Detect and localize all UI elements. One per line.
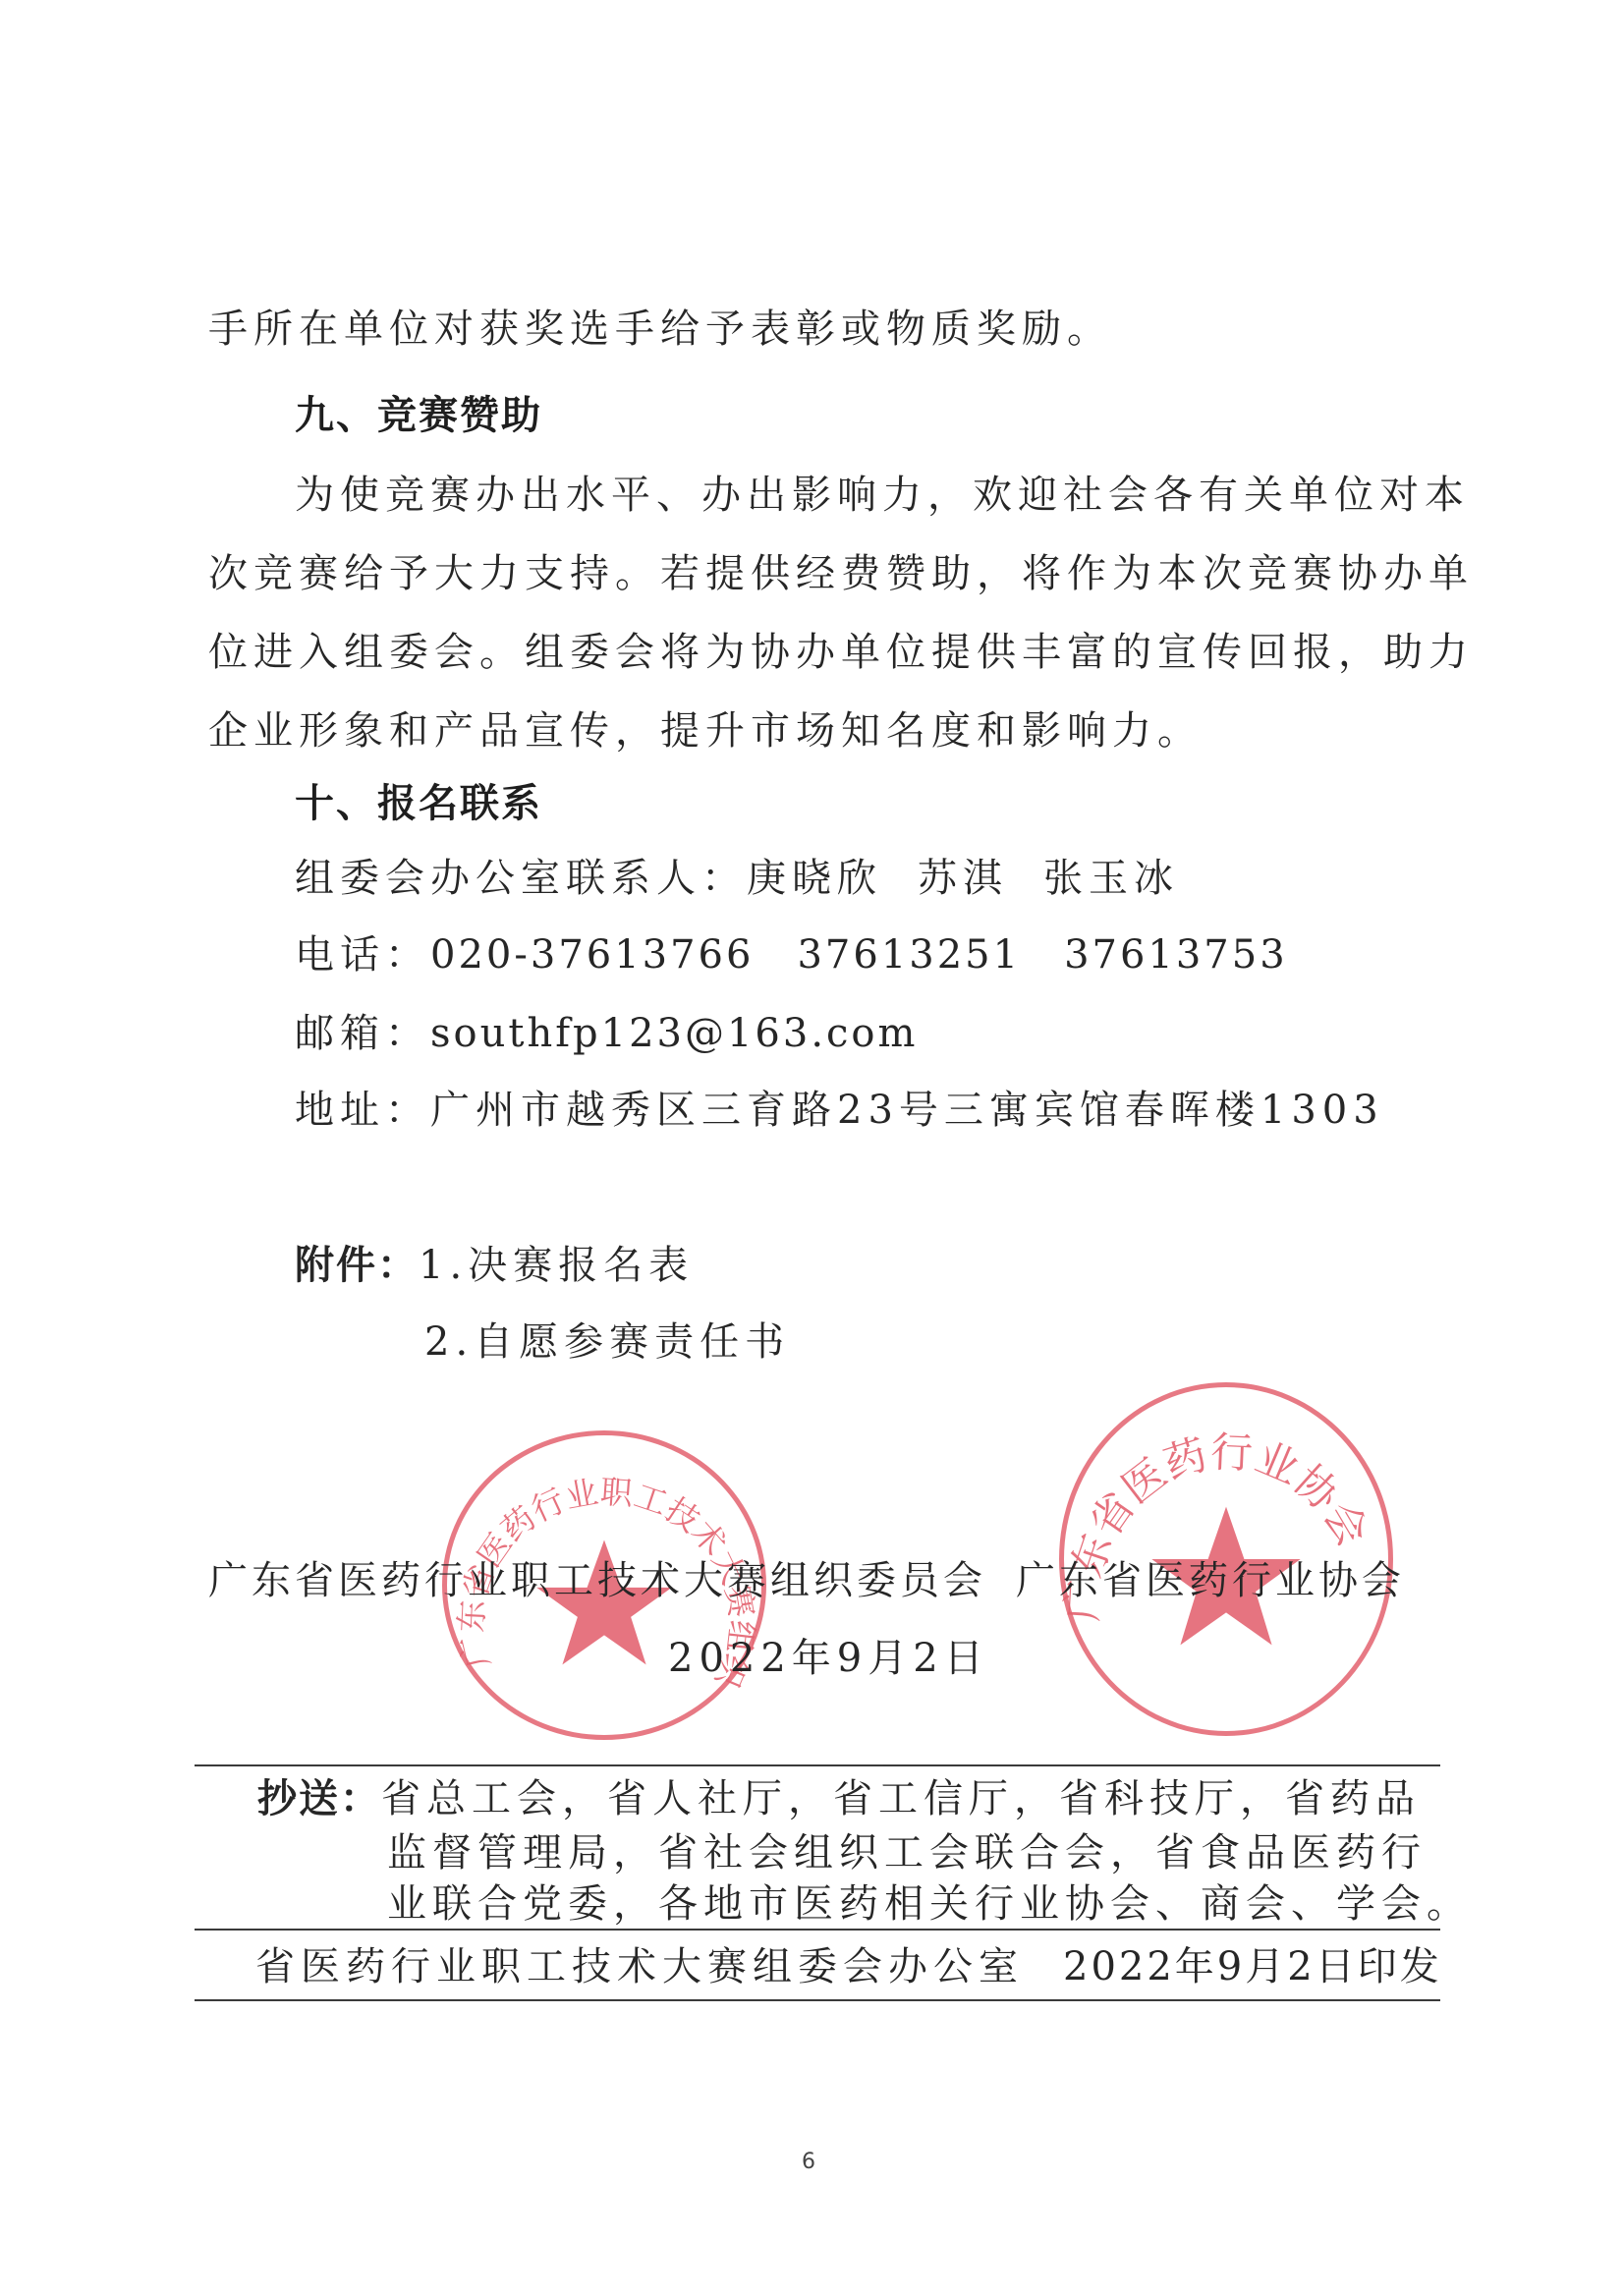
divider-line [195, 1999, 1440, 2001]
section-9-paragraph-line: 企业形象和产品宣传，提升市场知名度和影响力。 [208, 705, 1203, 756]
address-value: 广州市越秀区三育路23号三寓宾馆春晖楼1303 [430, 1088, 1384, 1133]
section-9-paragraph-line: 次竞赛给予大力支持。若提供经费赞助，将作为本次竞赛协办单 [208, 548, 1474, 599]
issuance-line: 省医药行业职工技术大赛组委会办公室2022年9月2日印发 [255, 1941, 1442, 1992]
section-9-paragraph-line: 位进入组委会。组委会将为协办单位提供丰富的宣传回报，助力 [208, 627, 1474, 678]
contact-name: 庚晓欣 [747, 856, 882, 901]
signature-organizations: 广东省医药行业职工技术大赛组织委员会广东省医药行业协会 [208, 1555, 1405, 1606]
section-9-paragraph-line: 为使竞赛办出水平、办出影响力，欢迎社会各有关单位对本 [295, 470, 1470, 521]
attachment-item: 2.自愿参赛责任书 [424, 1316, 790, 1368]
phone-number: 37613251 [797, 932, 1021, 978]
email-value[interactable]: southfp123@163.com [430, 1011, 918, 1056]
attachments-label: 附件： [295, 1243, 419, 1288]
address-line: 地址：广州市越秀区三育路23号三寓宾馆春晖楼1303 [295, 1085, 1384, 1136]
phone-line: 电话：020-376137663761325137613753 [295, 929, 1288, 980]
issue-date: 2022年9月2日印发 [1063, 1944, 1442, 1989]
divider-line [195, 1764, 1440, 1766]
email-line: 邮箱：southfp123@163.com [295, 1008, 918, 1059]
phone-number: 020-37613766 [430, 932, 754, 978]
contact-name: 张玉冰 [1043, 856, 1179, 901]
email-label: 邮箱： [295, 1011, 430, 1056]
signature-date: 2022年9月2日 [668, 1633, 989, 1684]
cc-recipients: 业联合党委，各地市医药相关行业协会、商会、学会。 [387, 1878, 1472, 1930]
divider-line [195, 1929, 1440, 1931]
contacts-line: 组委会办公室联系人：庚晓欣苏淇张玉冰 [295, 853, 1179, 904]
document-page: 手所在单位对获奖选手给予表彰或物质奖励。 九、竞赛赞助 为使竞赛办出水平、办出影… [0, 0, 1624, 2295]
cc-recipients: 监督管理局，省社会组织工会联合会，省食品医药行 [387, 1827, 1427, 1878]
contact-name: 苏淇 [918, 856, 1008, 901]
page-number: 6 [802, 2150, 815, 2174]
signature-org: 广东省医药行业协会 [1016, 1558, 1405, 1603]
cc-line: 抄送：省总工会，省人社厅，省工信厅，省科技厅，省药品 [257, 1773, 1421, 1824]
phone-number: 37613753 [1064, 932, 1288, 978]
address-label: 地址： [295, 1088, 430, 1133]
phone-label: 电话： [295, 932, 430, 978]
continuation-line: 手所在单位对获奖选手给予表彰或物质奖励。 [208, 304, 1112, 355]
issuer: 省医药行业职工技术大赛组委会办公室 [255, 1944, 1024, 1989]
section-9-heading: 九、竞赛赞助 [295, 390, 542, 441]
cc-recipients: 省总工会，省人社厅，省工信厅，省科技厅，省药品 [381, 1776, 1421, 1821]
attachment-line: 附件：1.决赛报名表 [295, 1240, 694, 1291]
cc-label: 抄送： [257, 1776, 381, 1821]
section-10-heading: 十、报名联系 [295, 778, 542, 829]
attachment-item: 1.决赛报名表 [419, 1243, 694, 1288]
contacts-label: 组委会办公室联系人： [295, 856, 747, 901]
signature-org: 广东省医药行业职工技术大赛组织委员会 [208, 1558, 986, 1603]
